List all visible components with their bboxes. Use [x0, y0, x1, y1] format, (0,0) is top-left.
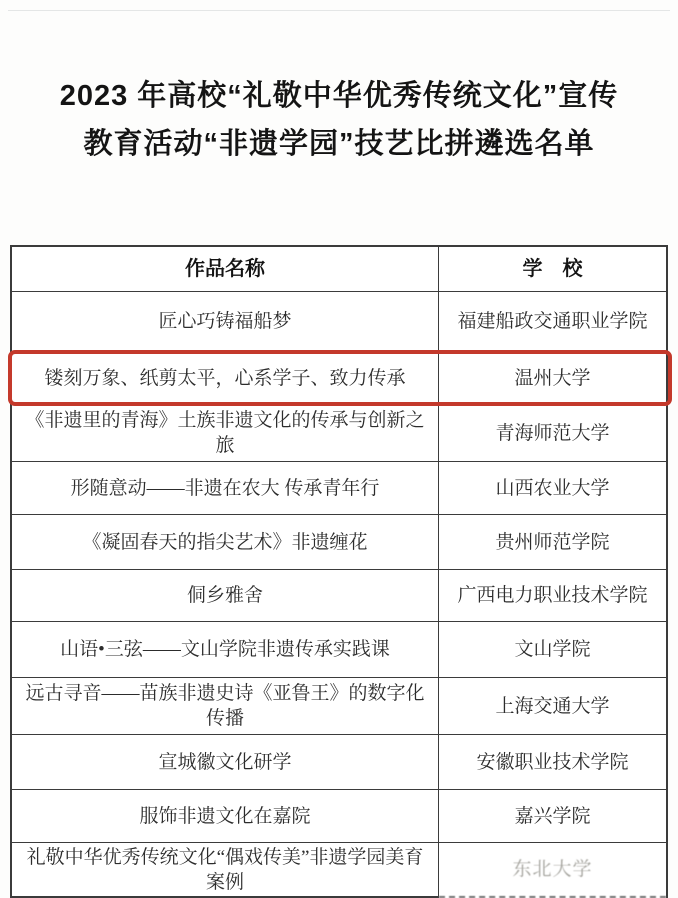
school-cell: 安徽职业技术学院 [439, 735, 666, 790]
column-header-school: 学 校 [439, 247, 666, 292]
table-row: 匠心巧铸福船梦福建船政交通职业学院 [12, 292, 666, 352]
school-cell: 文山学院 [439, 622, 666, 678]
selection-list-table: 作品名称 学 校 匠心巧铸福船梦福建船政交通职业学院镂刻万象、纸剪太平，心系学子… [10, 245, 668, 898]
work-name-cell: 服饰非遗文化在嘉院 [12, 790, 439, 843]
table-header-row: 作品名称 学 校 [12, 247, 666, 292]
work-name-cell: 《凝固春天的指尖艺术》非遗缠花 [12, 515, 439, 570]
table-row: 宣城徽文化研学安徽职业技术学院 [12, 735, 666, 790]
table-row: 《凝固春天的指尖艺术》非遗缠花贵州师范学院 [12, 515, 666, 570]
work-name-cell: 《非遗里的青海》土族非遗文化的传承与创新之旅 [12, 405, 439, 462]
column-header-work-name: 作品名称 [12, 247, 439, 292]
table-body: 匠心巧铸福船梦福建船政交通职业学院镂刻万象、纸剪太平，心系学子、致力传承温州大学… [12, 292, 666, 898]
work-name-cell: 镂刻万象、纸剪太平，心系学子、致力传承 [12, 352, 439, 405]
school-cell: 福建船政交通职业学院 [439, 292, 666, 352]
school-cell: 山西农业大学 [439, 462, 666, 515]
table-row: 服饰非遗文化在嘉院嘉兴学院 [12, 790, 666, 843]
table-row: 远古寻音——苗族非遗史诗《亚鲁王》的数字化传播上海交通大学 [12, 678, 666, 735]
table-row: 山语•三弦——文山学院非遗传承实践课文山学院 [12, 622, 666, 678]
page-title-line1: 2023 年高校“礼敬中华优秀传统文化”宣传 [20, 72, 658, 120]
table-row: 形随意动——非遗在农大 传承青年行山西农业大学 [12, 462, 666, 515]
school-cell: 温州大学 [439, 352, 666, 405]
table-row: 礼敬中华优秀传统文化“偶戏传美”非遗学园美育案例东北大学 [12, 843, 666, 898]
work-name-cell: 山语•三弦——文山学院非遗传承实践课 [12, 622, 439, 678]
work-name-cell: 礼敬中华优秀传统文化“偶戏传美”非遗学园美育案例 [12, 843, 439, 898]
work-name-cell: 侗乡雅舍 [12, 570, 439, 622]
school-cell: 上海交通大学 [439, 678, 666, 735]
school-cell: 贵州师范学院 [439, 515, 666, 570]
school-cell: 青海师范大学 [439, 405, 666, 462]
table-row: 镂刻万象、纸剪太平，心系学子、致力传承温州大学 [12, 352, 666, 405]
work-name-cell: 远古寻音——苗族非遗史诗《亚鲁王》的数字化传播 [12, 678, 439, 735]
school-cell: 嘉兴学院 [439, 790, 666, 843]
work-name-cell: 形随意动——非遗在农大 传承青年行 [12, 462, 439, 515]
page-title: 2023 年高校“礼敬中华优秀传统文化”宣传 教育活动“非遗学园”技艺比拼遴选名… [0, 0, 678, 168]
page-title-line2: 教育活动“非遗学园”技艺比拼遴选名单 [20, 120, 658, 168]
table-row: 《非遗里的青海》土族非遗文化的传承与创新之旅青海师范大学 [12, 405, 666, 462]
work-name-cell: 宣城徽文化研学 [12, 735, 439, 790]
school-cell: 广西电力职业技术学院 [439, 570, 666, 622]
page-top-divider [8, 10, 670, 11]
work-name-cell: 匠心巧铸福船梦 [12, 292, 439, 352]
table-row: 侗乡雅舍广西电力职业技术学院 [12, 570, 666, 622]
school-cell: 东北大学 [439, 843, 666, 898]
